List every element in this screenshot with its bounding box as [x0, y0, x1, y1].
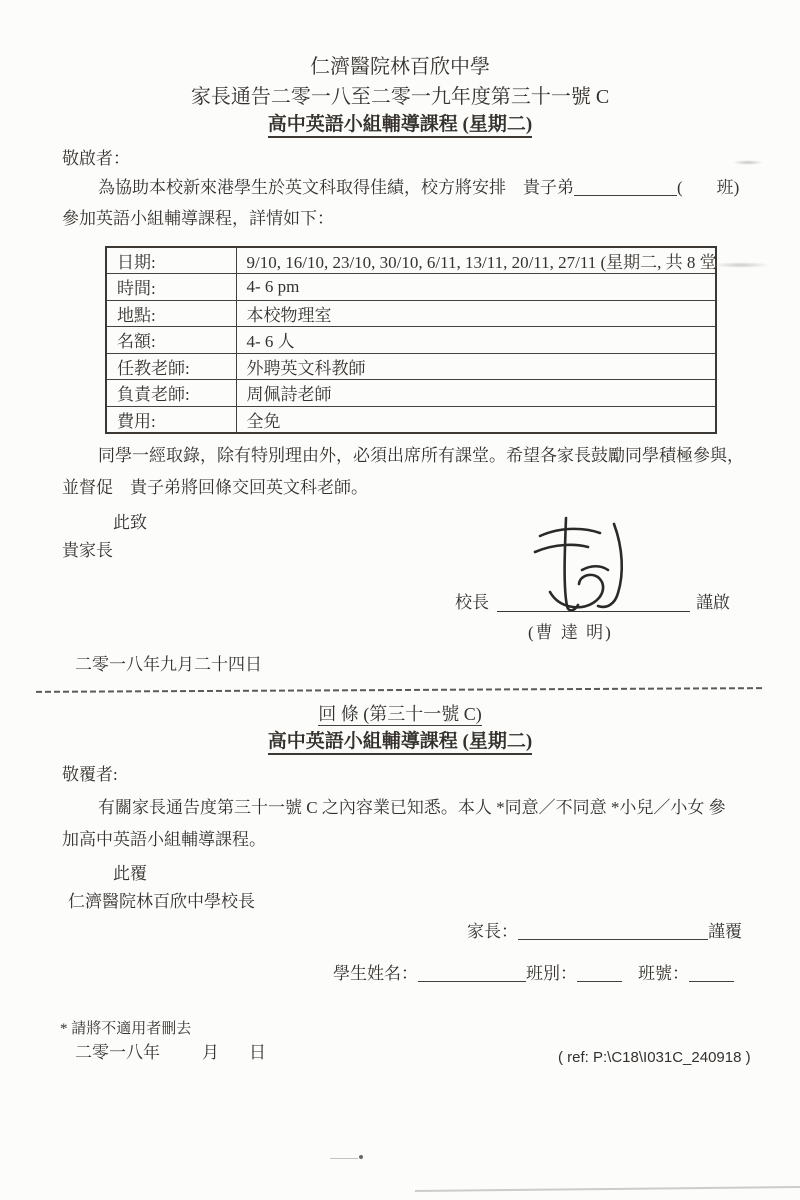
table-row: 時間:4- 6 pm [106, 274, 716, 301]
table-row-value: 4- 6 pm [236, 274, 716, 301]
issue-date: 二零一八年九月二十四日 [75, 654, 262, 677]
notice-paragraph2-line1: 同學一經取錄，除有特別理由外，必須出席所有課堂。希望各家長鼓勵同學積極參與， [98, 445, 744, 468]
closing-salute: 此致 [113, 512, 147, 535]
notice-number: 家長通告二零一八至二零一九年度第三十一號 C [0, 80, 800, 109]
reply-body-line1: 有關家長通告度第三十一號 C 之內容業已知悉。本人 *同意／不同意 *小兒／小女… [98, 797, 726, 820]
table-row-label: 名額: [106, 327, 236, 354]
table-row-label: 費用: [106, 406, 236, 433]
reply-title: 高中英語小組輔導課程 (星期二) [268, 731, 532, 755]
notice-paragraph2-line2: 並督促 貴子弟將回條交回英文科老師。 [62, 477, 368, 500]
course-table: 日期:9/10, 16/10, 23/10, 30/10, 6/11, 13/1… [105, 246, 717, 434]
table-row: 地點:本校物理室 [106, 300, 716, 327]
table-row: 費用:全免 [106, 406, 716, 433]
scan-artifact-speck [330, 1158, 358, 1159]
reply-salutation: 敬覆者: [62, 764, 118, 787]
table-row: 名額:4- 6 人 [106, 327, 716, 354]
student-name-fill-blank [418, 964, 526, 982]
parent-label: 家長： [467, 922, 518, 941]
reply-body-line2: 加高中英語小組輔導課程。 [62, 829, 266, 852]
class-fill-blank [577, 964, 622, 982]
tear-off-divider [36, 687, 764, 693]
school-name: 仁濟醫院林百欣中學 [0, 50, 800, 79]
student-name-label: 學生姓名： [333, 964, 418, 983]
table-row-value: 全免 [236, 406, 716, 433]
table-row-label: 地點: [106, 300, 236, 327]
paragraph1-text: 為協助本校新來港學生於英文科取得佳績，校方將安排 貴子弟 [98, 178, 574, 197]
table-row: 負責老師:周佩詩老師 [106, 380, 716, 407]
table-row-label: 日期: [106, 247, 236, 274]
parent-signature-row: 家長：謹覆 [467, 921, 742, 944]
parent-signature-blank [518, 922, 708, 940]
reply-addressee: 仁濟醫院林百欣中學校長 [68, 891, 255, 914]
student-info-row: 學生姓名：班別：班號： [333, 963, 734, 986]
notice-salutation: 敬啟者： [62, 148, 130, 171]
class-number-label: 班號： [638, 964, 689, 983]
class-paren-suffix: ( 班) [677, 178, 739, 197]
reply-title-row: 高中英語小組輔導課程 (星期二) [0, 726, 800, 753]
table-row-value: 外聘英文科教師 [236, 353, 716, 380]
scan-artifact-smudge [712, 262, 770, 268]
course-table-body: 日期:9/10, 16/10, 23/10, 30/10, 6/11, 13/1… [106, 247, 716, 433]
notice-paragraph1-line2: 參加英語小組輔導課程，詳情如下： [62, 208, 334, 231]
delete-inapplicable-footnote: * 請將不適用者刪去 [60, 1017, 191, 1038]
fill-date-month: 月 [202, 1043, 219, 1062]
table-row-label: 負責老師: [106, 380, 236, 407]
reply-heading: 回 條 (第三十一號 C) [318, 704, 482, 726]
scan-artifact-line [415, 1186, 800, 1192]
ref-code: ( ref: P:\C18\I031C_240918 ) [558, 1049, 751, 1066]
fill-date-year: 二零一八年 [75, 1043, 160, 1062]
table-row-label: 任教老師: [106, 353, 236, 380]
principal-name: (曹 達 明) [528, 622, 613, 645]
principal-honorific: 謹啟 [696, 592, 730, 615]
student-name-blank [574, 178, 677, 196]
scanned-notice-page: 仁濟醫院林百欣中學 家長通告二零一八至二零一九年度第三十一號 C 高中英語小組輔… [0, 0, 800, 1200]
reply-fill-date-row: 二零一八年月日 [75, 1042, 266, 1065]
scan-artifact-smudge [733, 160, 763, 165]
reply-closing-salute: 此覆 [113, 863, 147, 886]
principal-signature-line [497, 593, 690, 612]
principal-label: 校長 [455, 592, 489, 615]
table-row: 日期:9/10, 16/10, 23/10, 30/10, 6/11, 13/1… [106, 247, 716, 274]
fill-date-day: 日 [249, 1043, 266, 1062]
table-row-value: 4- 6 人 [236, 327, 716, 354]
notice-title: 高中英語小組輔導課程 (星期二) [268, 114, 532, 138]
parent-honorific: 謹覆 [708, 922, 742, 941]
table-row-value: 本校物理室 [236, 300, 716, 327]
notice-title-row: 高中英語小組輔導課程 (星期二) [0, 109, 800, 136]
table-row-value: 周佩詩老師 [236, 380, 716, 407]
scan-artifact-dot [359, 1155, 363, 1159]
reply-heading-row: 回 條 (第三十一號 C) [0, 700, 800, 726]
notice-paragraph1-line1: 為協助本校新來港學生於英文科取得佳績，校方將安排 貴子弟( 班) [98, 177, 739, 200]
course-table-wrap: 日期:9/10, 16/10, 23/10, 30/10, 6/11, 13/1… [105, 246, 717, 434]
class-label: 班別： [526, 964, 577, 983]
class-number-fill-blank [689, 964, 734, 982]
table-row: 任教老師:外聘英文科教師 [106, 353, 716, 380]
table-row-label: 時間: [106, 274, 236, 301]
table-row-value: 9/10, 16/10, 23/10, 30/10, 6/11, 13/11, … [236, 247, 716, 274]
closing-recipient: 貴家長 [62, 540, 113, 563]
